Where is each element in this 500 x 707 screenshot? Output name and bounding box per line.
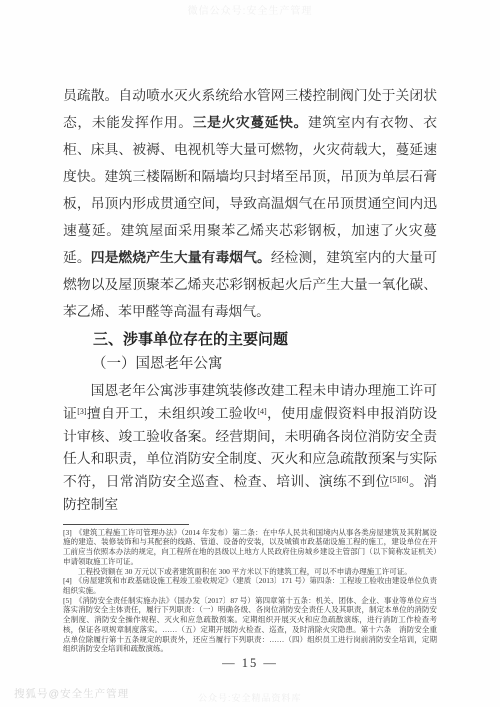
subsection-heading: （一）国恩老年公寓 xyxy=(63,352,437,376)
footnote-5-text: 《消防安全责任制实施办法》（国办发〔2017〕87 号）第四章第十五条：机关、团… xyxy=(63,596,437,654)
footnote-5-marker: [5] xyxy=(63,596,72,605)
footnote-3-text: 《建筑工程施工许可管理办法》（2014 年发布）第二条：在中华人民共和国境内从事… xyxy=(63,528,437,566)
body-paragraph-fire-spread: 员疏散。自动喷水灭火系统给水管网三楼控制阀门处于关闭状态，未能发挥作用。三是火灾… xyxy=(63,82,437,325)
watermark-top: 微信公众号:安全生产管理 xyxy=(0,2,500,17)
watermark-bottom-left: 搜狐号@安全生产管理 xyxy=(14,686,129,701)
para1-bold-phrase-four: 四是燃烧产生大量有毒烟气。 xyxy=(91,250,271,265)
para1-bold-phrase-three: 三是火灾蔓延快。 xyxy=(193,115,308,130)
page-number: — 15 — xyxy=(0,656,500,671)
footnote-4-marker: [4] xyxy=(63,576,72,585)
section-heading: 三、涉事单位存在的主要问题 xyxy=(63,328,437,352)
footnote-3-continued: 工程投资额在 30 万元以下或者建筑面积在 300 平方米以下的建筑工程，可以不… xyxy=(63,567,437,577)
footnote-5: [5]《消防安全责任制实施办法》（国办发〔2017〕87 号）第四章第十五条：机… xyxy=(63,596,437,654)
footnote-ref-3: [3] xyxy=(77,407,86,416)
document-page: 微信公众号:安全生产管理 员疏散。自动喷水灭火系统给水管网三楼控制阀门处于关闭状… xyxy=(0,0,500,707)
footnotes-section: [3]《建筑工程施工许可管理办法》（2014 年发布）第二条：在中华人民共和国境… xyxy=(63,528,437,654)
page-content: 员疏散。自动喷水灭火系统给水管网三楼控制阀门处于关闭状态，未能发挥作用。三是火灾… xyxy=(63,82,437,654)
body-paragraph-guoen: 国恩老年公寓涉事建筑装修改建工程未申请办理施工许可证[3]擅自开工，未组织竣工验… xyxy=(63,380,437,517)
footnote-4: [4]《房屋建筑和市政基础设施工程竣工验收规定》（建质〔2013〕171 号）第… xyxy=(63,576,437,595)
footnote-3: [3]《建筑工程施工许可管理办法》（2014 年发布）第二条：在中华人民共和国境… xyxy=(63,528,437,567)
footnote-4-text: 《房屋建筑和市政基础设施工程竣工验收规定》（建质〔2013〕171 号）第四条：… xyxy=(63,576,437,595)
footnote-3-marker: [3] xyxy=(63,528,72,537)
watermark-bottom-right: 公众号:安全精品资料库 xyxy=(198,691,302,704)
footnote-divider xyxy=(63,524,189,525)
footnote-ref-5-6: [5][6] xyxy=(390,475,409,484)
para2-segment-2: 擅自开工，未组织竣工验收 xyxy=(87,406,258,421)
footnote-ref-4: [4] xyxy=(257,407,266,416)
para1-segment-3: 建筑室内有衣物、衣柜、床具、被褥、电视机等大量可燃物，火灾荷载大，蔓延速度快。建… xyxy=(63,115,437,265)
